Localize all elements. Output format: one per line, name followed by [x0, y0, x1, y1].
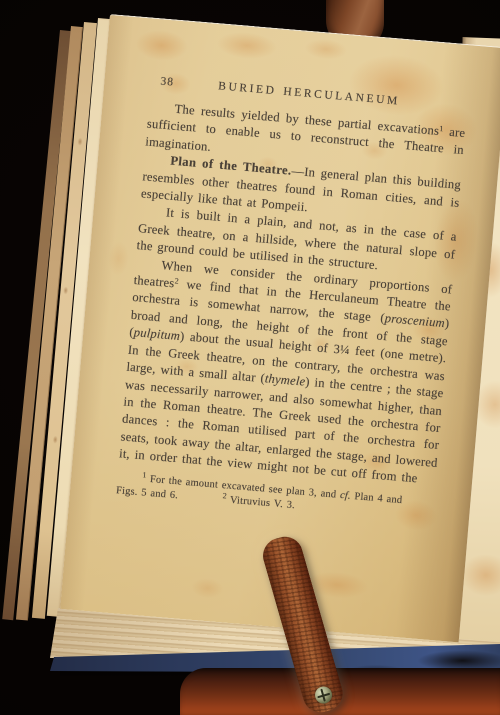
text-segment: pulpitum	[133, 325, 180, 343]
text-segment: thymele	[264, 371, 306, 388]
strut-screw	[313, 685, 334, 706]
text-segment: proscenium	[384, 312, 445, 331]
book-photo-scene: 38 BURIED HERCULANEUM The results yielde…	[0, 0, 500, 715]
text-segment: Plan 4 and	[350, 490, 402, 505]
page-number: 38	[160, 73, 175, 90]
page-paragraphs: The results yielded by these partial exc…	[118, 99, 465, 490]
paragraph: When we consider the ordinary proportion…	[118, 255, 452, 490]
page-text-block: 38 BURIED HERCULANEUM The results yielde…	[70, 15, 500, 528]
text-segment: ) in the centre ; the stage was necessar…	[119, 375, 444, 486]
